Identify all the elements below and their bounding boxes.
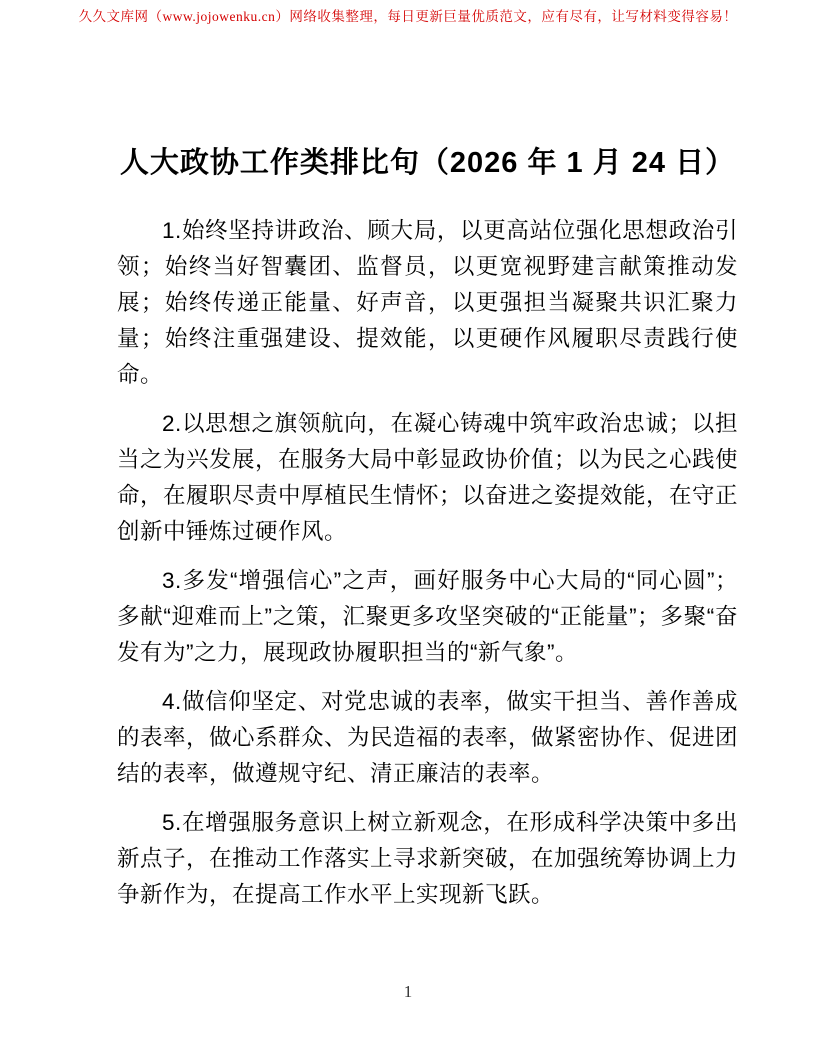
document-content: 人大政协工作类排比句（2026 年 1 月 24 日） 1.始终坚持讲政治、顾大… bbox=[0, 0, 816, 926]
paragraph-2: 2.以思想之旗领航向，在凝心铸魂中筑牢政治忠诚；以担当之为兴发展，在服务大局中彰… bbox=[117, 406, 738, 550]
document-page: { "document": { "header": { "text": "久久文… bbox=[0, 0, 816, 1056]
paragraph-4: 4.做信仰坚定、对党忠诚的表率，做实干担当、善作善成的表率，做心系群众、为民造福… bbox=[117, 684, 738, 792]
paragraph-3: 3.多发“增强信心”之声，画好服务中心大局的“同心圆”；多献“迎难而上”之策，汇… bbox=[117, 563, 738, 671]
paragraph-5: 5.在增强服务意识上树立新观念，在形成科学决策中多出新点子，在推动工作落实上寻求… bbox=[117, 805, 738, 913]
document-body: 1.始终坚持讲政治、顾大局，以更高站位强化思想政治引领；始终当好智囊团、监督员，… bbox=[117, 213, 738, 913]
page-number: 1 bbox=[0, 982, 816, 1002]
paragraph-1: 1.始终坚持讲政治、顾大局，以更高站位强化思想政治引领；始终当好智囊团、监督员，… bbox=[117, 213, 738, 393]
page-title: 人大政协工作类排比句（2026 年 1 月 24 日） bbox=[117, 143, 738, 183]
